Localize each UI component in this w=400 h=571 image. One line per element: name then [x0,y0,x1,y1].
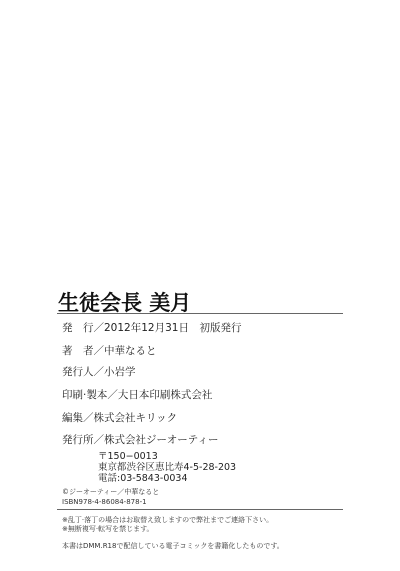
colophon-value: 2012年12月31日 初版発行 [104,322,241,334]
separator: ／ [94,434,105,446]
footer-note: 本書はDMM.R18で配信している電子コミックを書籍化したものです。 [62,541,284,551]
colophon-publisher: 発行所／株式会社ジーオーティー [62,432,218,447]
phone-number: 電話:03-5843-0034 [98,470,188,484]
separator: ／ [94,366,105,378]
colophon-editing: 編集／株式会社キリック [62,410,177,425]
colophon-label: 編集 [62,412,83,424]
colophon-value: 大日本印刷株式会社 [118,389,213,401]
isbn: ISBN978-4-86084-878-1 [62,498,147,506]
colophon-value: 株式会社ジーオーティー [104,434,218,446]
colophon-label: 発行所 [62,434,94,446]
separator: ／ [83,412,94,424]
colophon-label: 発 行 [62,322,94,334]
colophon-value: 中華なると [104,345,157,357]
separator: ／ [94,345,105,357]
note-copy-prohibited: ※無断複写·転写を禁じます。 [62,524,154,534]
copyright: ©ジーオーティー／中華なると [62,487,159,497]
footer-divider [57,509,343,510]
colophon-issue: 発 行／2012年12月31日 初版発行 [62,320,241,335]
colophon-publisher-person: 発行人／小岩学 [62,364,136,379]
colophon-printing: 印刷·製本／大日本印刷株式会社 [62,387,212,402]
colophon-label: 著 者 [62,345,94,357]
colophon-label: 発行人 [62,366,94,378]
colophon-label: 印刷·製本 [62,389,107,401]
colophon-value: 株式会社キリック [94,412,178,424]
separator: ／ [107,389,118,401]
title-divider [57,313,343,314]
colophon-value: 小岩学 [104,366,136,378]
separator: ／ [94,322,105,334]
colophon-author: 著 者／中華なると [62,343,157,358]
